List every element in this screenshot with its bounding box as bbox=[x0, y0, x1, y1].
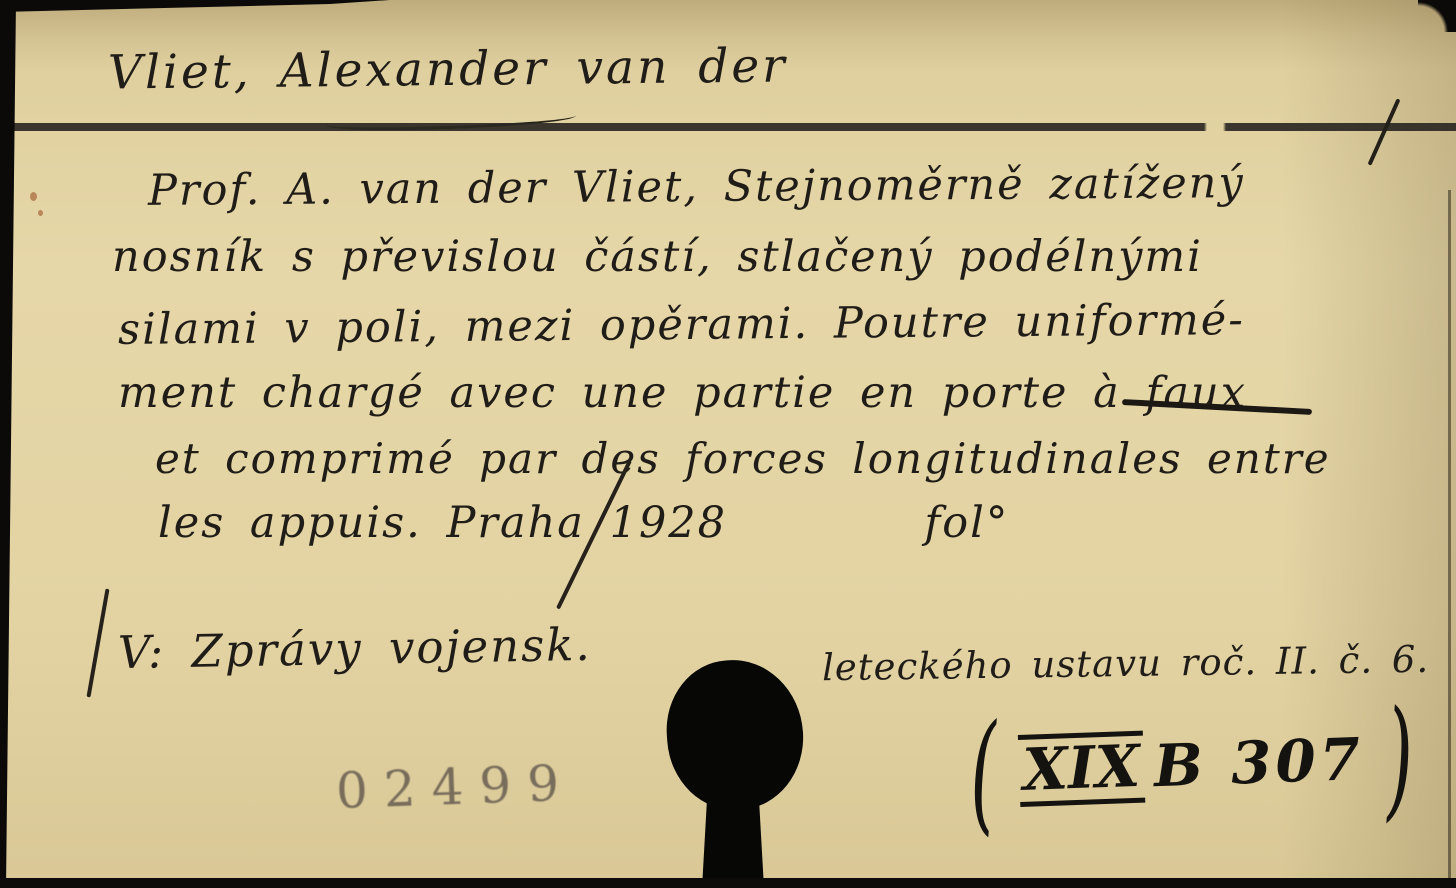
shelfmark: ( XIX B 307 ) bbox=[956, 692, 1427, 838]
punch-hole-stem bbox=[702, 778, 764, 888]
scan-edge-top bbox=[0, 0, 390, 12]
scan-edge-bottom bbox=[0, 878, 1456, 888]
accession-stamp: 02499 bbox=[335, 754, 576, 820]
card-edge-shadow bbox=[1448, 190, 1451, 880]
catalog-card: Vliet, Alexander van der Prof. A. van de… bbox=[0, 0, 1456, 888]
annotation-line: ment chargé avec une partie en porte à f… bbox=[118, 368, 1247, 418]
shelfmark-close-paren: ) bbox=[1383, 692, 1415, 823]
scan-edge-left bbox=[0, 0, 16, 888]
annotation-line: nosník s převislou částí, stlačený podél… bbox=[112, 232, 1203, 282]
pen-slash-mark bbox=[86, 588, 109, 697]
reference-source-left: V: Zprávy vojensk. bbox=[118, 618, 593, 679]
scan-corner-top-right bbox=[1418, 0, 1456, 32]
author-heading: Vliet, Alexander van der bbox=[108, 38, 788, 100]
annotation-line: les appuis. Praha 1928 fol° bbox=[158, 498, 1009, 548]
annotation-line: et comprimé par des forces longitudinale… bbox=[155, 434, 1331, 483]
annotation-line: silami v poli, mezi opěrami. Poutre unif… bbox=[118, 295, 1245, 355]
shelfmark-roman-numeral: XIX bbox=[1018, 731, 1146, 807]
rust-speck bbox=[38, 210, 43, 216]
shelfmark-open-paren: ( bbox=[967, 707, 999, 838]
annotation-line: Prof. A. van der Vliet, Stejnoměrně zatí… bbox=[148, 158, 1245, 216]
shelfmark-code: B 307 bbox=[1153, 725, 1366, 800]
pen-slash-mark bbox=[1368, 98, 1401, 165]
reference-source-right: leteckého ustavu roč. II. č. 6. bbox=[822, 638, 1430, 689]
rust-speck bbox=[30, 192, 37, 201]
divider-rule bbox=[4, 123, 1456, 131]
